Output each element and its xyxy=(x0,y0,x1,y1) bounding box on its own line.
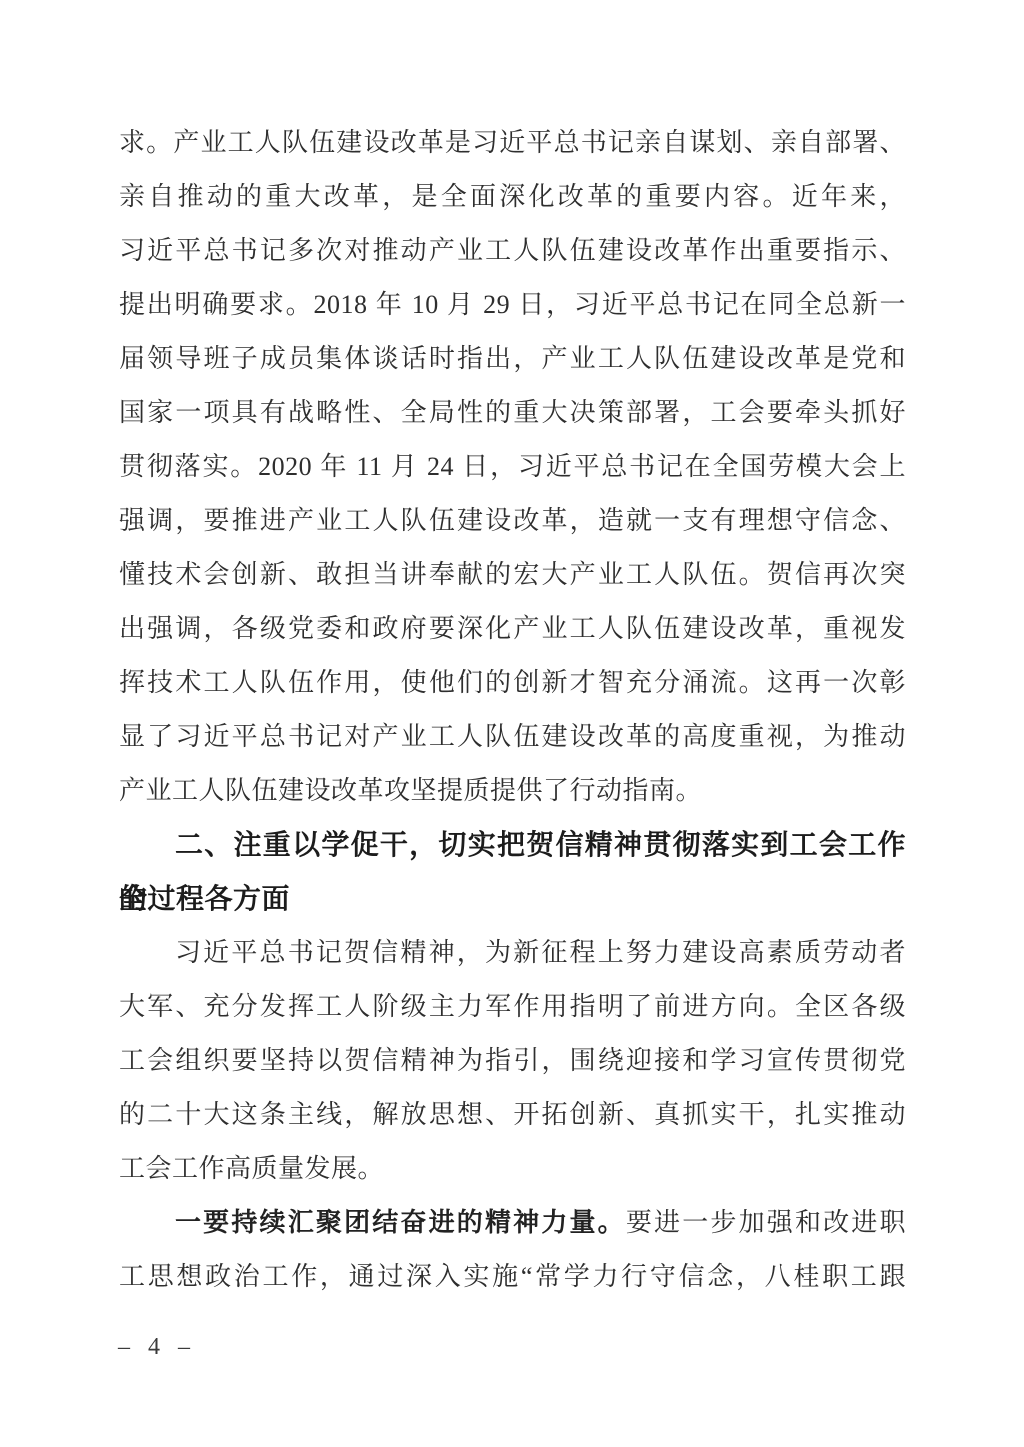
document-body: 求。产业工人队伍建设改革是习近平总书记亲自谋划、亲自部署、亲自推动的重大改革，是… xyxy=(119,116,906,1304)
text-run: 亲自推动的重大改革，是全面深化改革的重要内容。近年来， xyxy=(119,182,906,211)
bold-lead-text: 一要持续汇聚团结奋进的精神力量。 xyxy=(175,1208,626,1237)
section-heading-line: 二、注重以学促干，切实把贺信精神贯彻落实到工会工作的 xyxy=(119,818,906,872)
text-run: 求。产业工人队伍建设改革是习近平总书记亲自谋划、亲自部署、 xyxy=(119,128,906,157)
body-text-line: 工会组织要坚持以贺信精神为指引，围绕迎接和学习宣传贯彻党 xyxy=(119,1034,906,1088)
body-text-line: 一要持续汇聚团结奋进的精神力量。要进一步加强和改进职 xyxy=(119,1196,906,1250)
body-text-line: 贯彻落实。2020 年 11 月 24 日，习近平总书记在全国劳模大会上 xyxy=(119,440,906,494)
section-heading-line: 全过程各方面 xyxy=(119,872,906,926)
body-text-line: 届领导班子成员集体谈话时指出，产业工人队伍建设改革是党和 xyxy=(119,332,906,386)
text-run: 贯彻落实。2020 年 11 月 24 日，习近平总书记在全国劳模大会上 xyxy=(119,452,906,481)
body-text-line: 求。产业工人队伍建设改革是习近平总书记亲自谋划、亲自部署、 xyxy=(119,116,906,170)
text-run: 工会组织要坚持以贺信精神为指引，围绕迎接和学习宣传贯彻党 xyxy=(119,1046,906,1075)
body-text-line: 显了习近平总书记对产业工人队伍建设改革的高度重视，为推动 xyxy=(119,710,906,764)
text-run: 要进一步加强和改进职 xyxy=(626,1208,906,1237)
text-run: 工思想政治工作，通过深入实施“常学力行守信念，八桂职工跟 xyxy=(119,1262,906,1291)
body-text-line: 亲自推动的重大改革，是全面深化改革的重要内容。近年来， xyxy=(119,170,906,224)
body-text-line: 提出明确要求。2018 年 10 月 29 日，习近平总书记在同全总新一 xyxy=(119,278,906,332)
body-text-line: 产业工人队伍建设改革攻坚提质提供了行动指南。 xyxy=(119,764,906,818)
page-number: – 4 – xyxy=(118,1334,196,1361)
text-run: 懂技术会创新、敢担当讲奉献的宏大产业工人队伍。贺信再次突 xyxy=(119,560,906,589)
body-text-line: 国家一项具有战略性、全局性的重大决策部署，工会要牵头抓好 xyxy=(119,386,906,440)
text-run: 显了习近平总书记对产业工人队伍建设改革的高度重视，为推动 xyxy=(119,722,906,751)
text-run: 产业工人队伍建设改革攻坚提质提供了行动指南。 xyxy=(119,776,702,805)
text-run: 届领导班子成员集体谈话时指出，产业工人队伍建设改革是党和 xyxy=(119,344,906,373)
text-run: 习近平总书记贺信精神，为新征程上努力建设高素质劳动者 xyxy=(175,938,906,967)
body-text-line: 工会工作高质量发展。 xyxy=(119,1142,906,1196)
text-run: 习近平总书记多次对推动产业工人队伍建设改革作出重要指示、 xyxy=(119,236,906,265)
body-text-line: 工思想政治工作，通过深入实施“常学力行守信念，八桂职工跟 xyxy=(119,1250,906,1304)
text-run: 国家一项具有战略性、全局性的重大决策部署，工会要牵头抓好 xyxy=(119,398,906,427)
text-run: 的二十大这条主线，解放思想、开拓创新、真抓实干，扎实推动 xyxy=(119,1100,906,1129)
body-text-line: 强调，要推进产业工人队伍建设改革，造就一支有理想守信念、 xyxy=(119,494,906,548)
text-run: 工会工作高质量发展。 xyxy=(119,1154,384,1183)
body-text-line: 大军、充分发挥工人阶级主力军作用指明了前进方向。全区各级 xyxy=(119,980,906,1034)
text-run: 挥技术工人队伍作用，使他们的创新才智充分涌流。这再一次彰 xyxy=(119,668,906,697)
body-text-line: 的二十大这条主线，解放思想、开拓创新、真抓实干，扎实推动 xyxy=(119,1088,906,1142)
text-run: 大军、充分发挥工人阶级主力军作用指明了前进方向。全区各级 xyxy=(119,992,906,1021)
text-run: 出强调，各级党委和政府要深化产业工人队伍建设改革，重视发 xyxy=(119,614,906,643)
text-run: 全过程各方面 xyxy=(119,883,290,914)
text-run: 提出明确要求。2018 年 10 月 29 日，习近平总书记在同全总新一 xyxy=(119,290,906,319)
body-text-line: 习近平总书记贺信精神，为新征程上努力建设高素质劳动者 xyxy=(119,926,906,980)
body-text-line: 挥技术工人队伍作用，使他们的创新才智充分涌流。这再一次彰 xyxy=(119,656,906,710)
text-run: 强调，要推进产业工人队伍建设改革，造就一支有理想守信念、 xyxy=(119,506,906,535)
document-page: 求。产业工人队伍建设改革是习近平总书记亲自谋划、亲自部署、亲自推动的重大改革，是… xyxy=(0,0,1024,1447)
body-text-line: 出强调，各级党委和政府要深化产业工人队伍建设改革，重视发 xyxy=(119,602,906,656)
body-text-line: 习近平总书记多次对推动产业工人队伍建设改革作出重要指示、 xyxy=(119,224,906,278)
body-text-line: 懂技术会创新、敢担当讲奉献的宏大产业工人队伍。贺信再次突 xyxy=(119,548,906,602)
